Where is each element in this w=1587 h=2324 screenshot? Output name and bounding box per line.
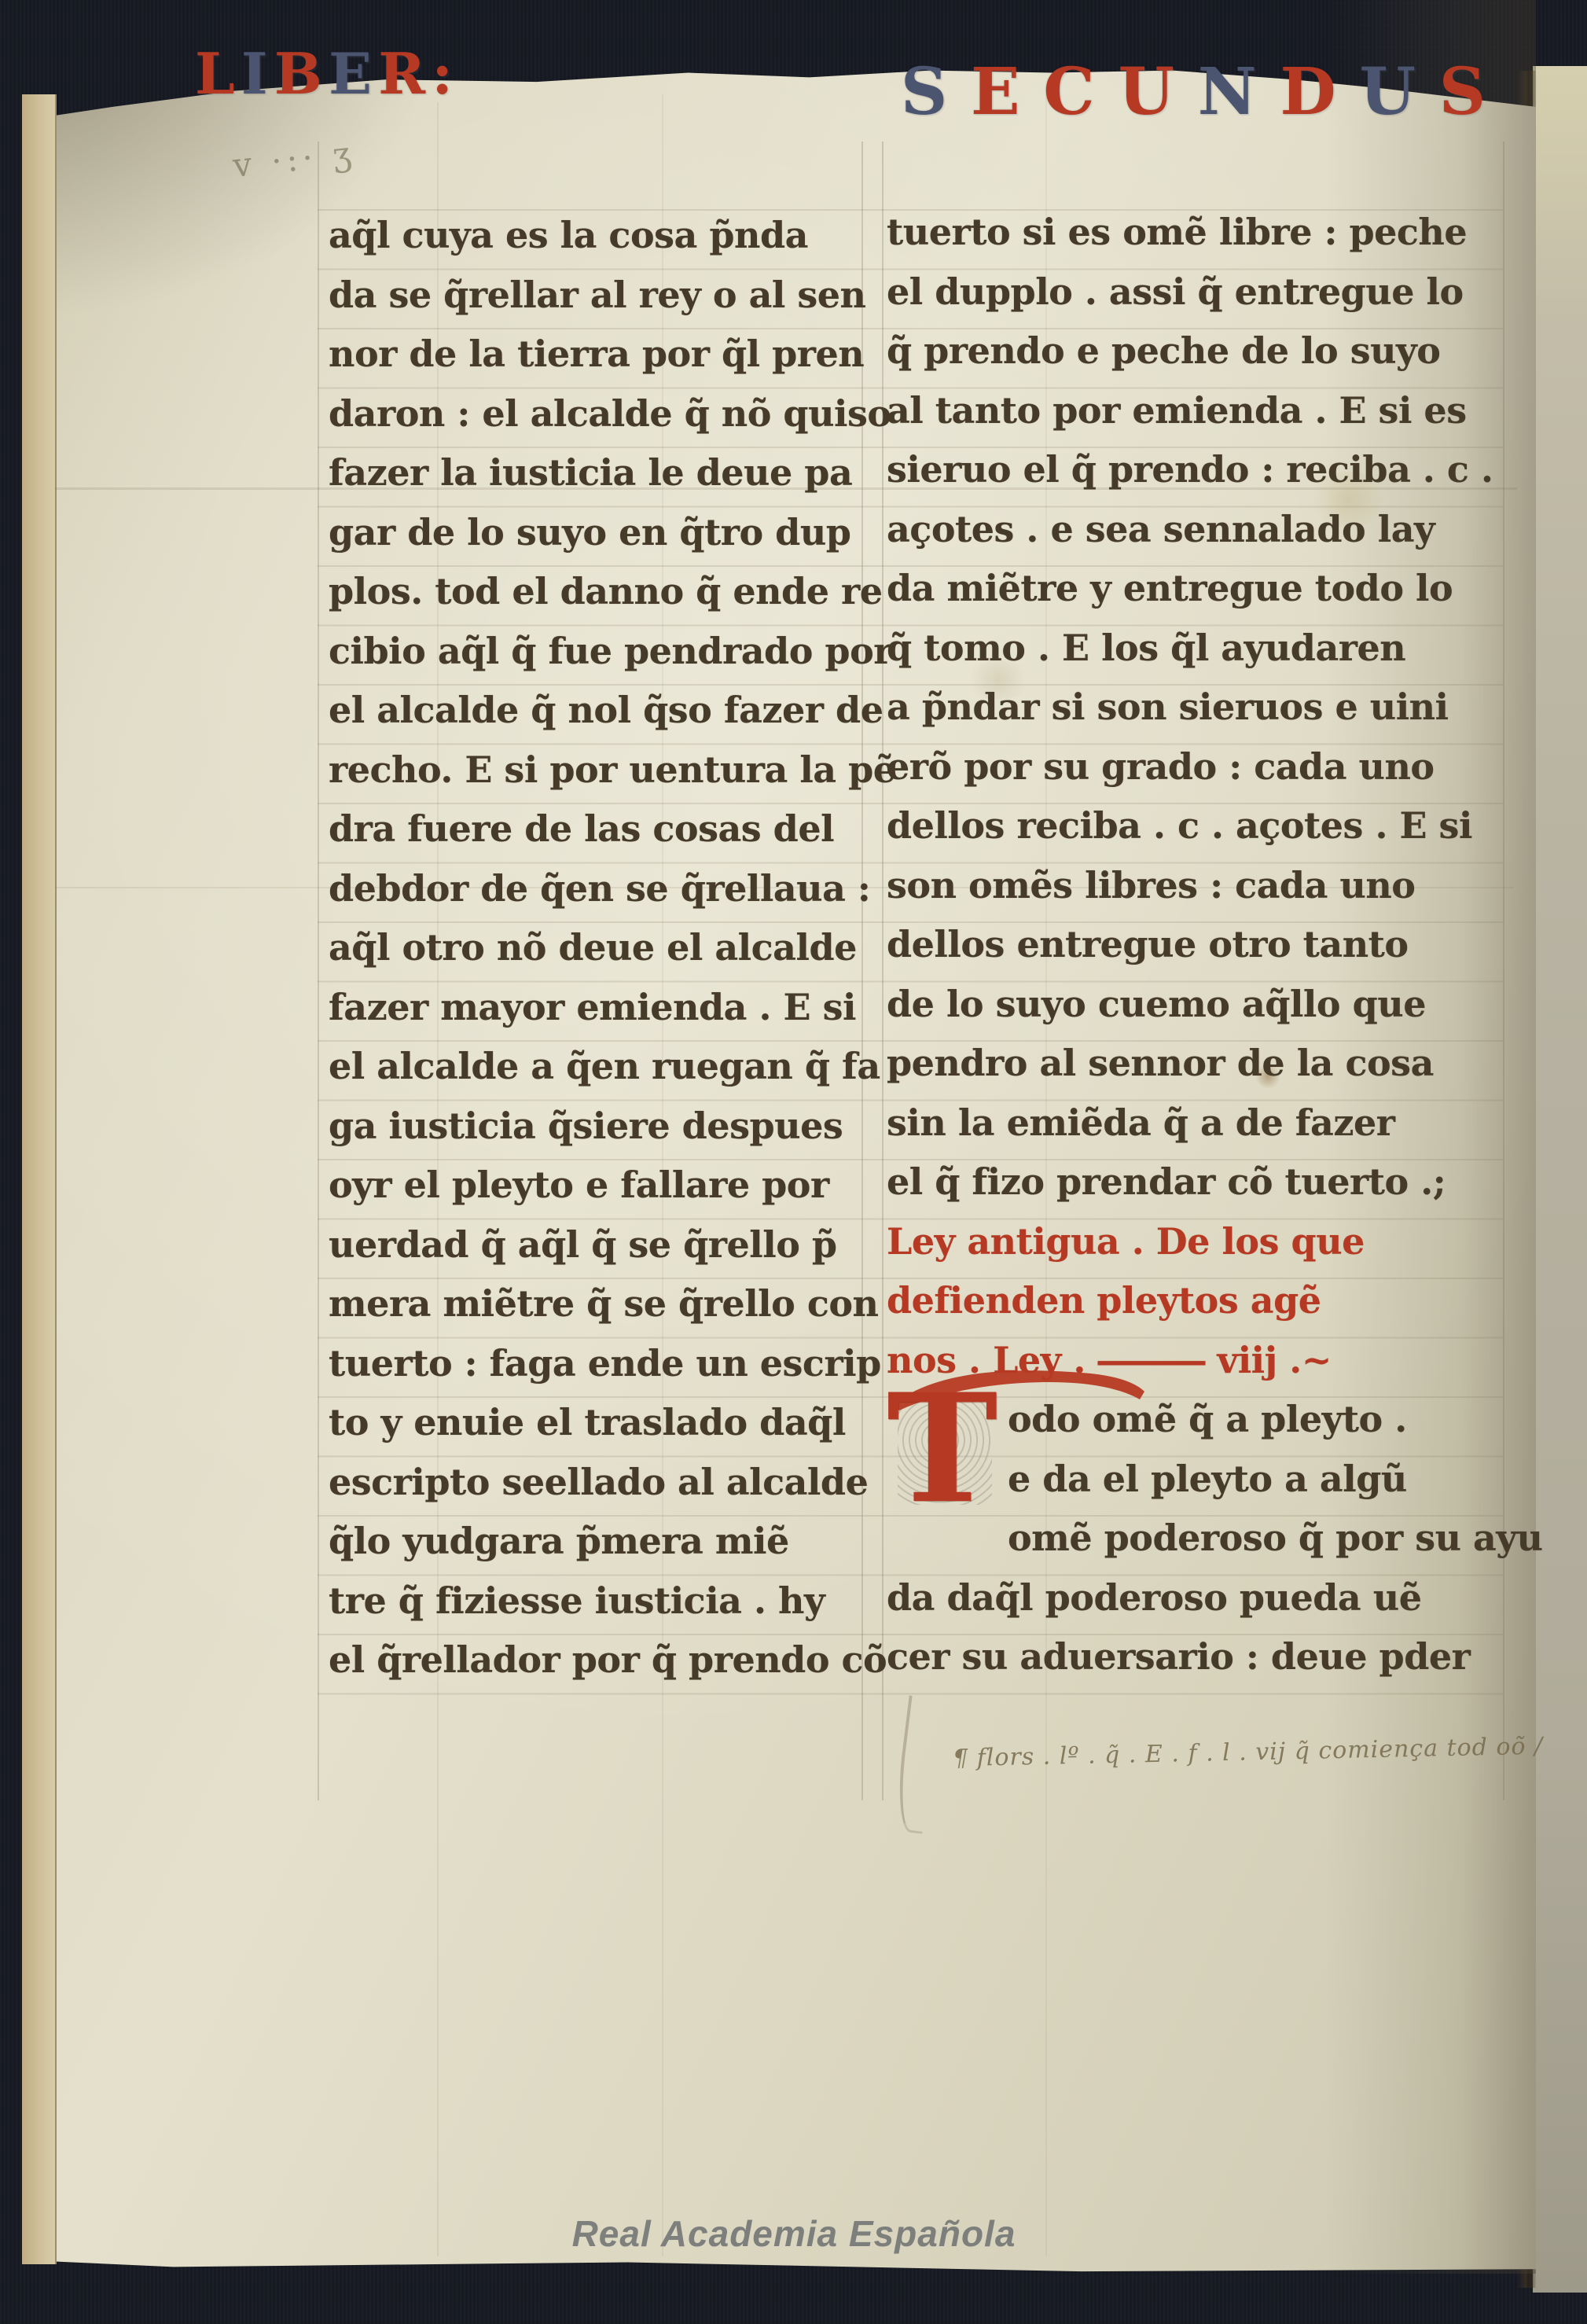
column-text: tuerto si es omẽ libre : pecheel dupplo … (887, 203, 1508, 1212)
manuscript-line: dellos entregue otro tanto (887, 915, 1508, 975)
manuscript-line: dra fuere de las cosas del (329, 800, 860, 859)
manuscript-line: pendro al sennor de la cosa (887, 1034, 1508, 1094)
manuscript-line: al tanto por emienda . E si es (887, 381, 1508, 441)
manuscript-line: plos. tod el danno q̃ ende re (329, 562, 860, 622)
manuscript-line: defienden pleytos agẽ (887, 1271, 1508, 1331)
manuscript-line: debdor de q̃en se q̃rellaua : (329, 859, 860, 919)
manuscript-line: de lo suyo cuemo aq̃llo que (887, 975, 1508, 1035)
library-watermark: Real Academia Española (401, 2212, 1187, 2255)
manuscript-line: fazer la iusticia le deue pa (329, 443, 860, 503)
manuscript-line: q̃lo yudgara p̃mera miẽ (329, 1512, 860, 1572)
manuscript-line: oyr el pleyto e fallare por (329, 1156, 860, 1215)
manuscript-line: tuerto si es omẽ libre : peche (887, 203, 1508, 263)
page-fore-edge (22, 94, 57, 2264)
manuscript-line: daron : el alcalde q̃ nõ quiso (329, 384, 860, 444)
manuscript-line: nor de la tierra por q̃l pren (329, 325, 860, 384)
manuscript-line: açotes . e sea sennalado lay (887, 500, 1508, 560)
header-letter: E (329, 46, 372, 102)
manuscript-line: da miẽtre y entregue todo lo (887, 559, 1508, 619)
manuscript-line: el alcalde a q̃en ruegan q̃ fa (329, 1037, 860, 1097)
manuscript-line: a p̃ndar si son sieruos e uini (887, 678, 1508, 737)
header-letter: N (1198, 60, 1257, 124)
header-letter: D (1280, 60, 1336, 124)
manuscript-line: ga iusticia q̃siere despues (329, 1097, 860, 1156)
manuscript-line: q̃ tomo . E los q̃l ayudaren (887, 619, 1508, 678)
ruling-border (861, 142, 863, 1800)
header-letter: L (195, 46, 235, 102)
manuscript-line: mera miẽtre q̃ se q̃rello con (329, 1274, 860, 1334)
manuscript-line: fazer mayor emienda . E si (329, 978, 860, 1038)
manuscript-line: da se q̃rellar al rey o al sen (329, 266, 860, 325)
text-column-left: aq̃l cuya es la cosa p̃ndada se q̃rellar… (329, 206, 860, 1690)
header-letter: : (432, 46, 453, 102)
header-letter: I (241, 46, 268, 102)
manuscript-line: to y enuie el traslado daq̃l (329, 1393, 860, 1453)
initial-letter: T (887, 1361, 997, 1536)
law-paragraph: T odo omẽ q̃ a pleyto .e da el pleyto a … (887, 1390, 1508, 1687)
manuscript-line: sieruo el q̃ prendo : reciba . c . (887, 440, 1508, 500)
manuscript-line: dellos reciba . c . açotes . E si (887, 796, 1508, 856)
manuscript-line: escripto seellado al alcalde (329, 1453, 860, 1513)
header-letter: U (1359, 60, 1416, 124)
decorated-initial: T (887, 1390, 1005, 1514)
manuscript-line: Ley antigua . De los que (887, 1212, 1508, 1272)
running-title-secundus: SECUNDUS (901, 60, 1486, 124)
running-title-liber: LIBER: (195, 46, 453, 102)
manuscript-line: el alcalde q̃ nol q̃so fazer de (329, 681, 860, 741)
manuscript-line: erõ por su grado : cada uno (887, 737, 1508, 797)
header-letter: U (1118, 60, 1174, 124)
header-letter: B (274, 46, 322, 102)
manuscript-line: gar de lo suyo en q̃tro dup (329, 503, 860, 563)
manuscript-line: cer su aduersario : deue pder (887, 1627, 1508, 1687)
header-letter: R (378, 46, 425, 102)
ruling-border (318, 142, 319, 1800)
manuscript-line: tuerto : faga ende un escrip (329, 1334, 860, 1394)
manuscript-line: sin la emiẽda q̃ a de fazer (887, 1094, 1508, 1153)
manuscript-line: son omẽs libres : cada uno (887, 856, 1508, 916)
ruling-border (882, 142, 884, 1800)
manuscript-line: el q̃rellador por q̃ prendo cõ (329, 1631, 860, 1690)
manuscript-line: el dupplo . assi q̃ entregue lo (887, 263, 1508, 322)
manuscript-line: recho. E si por uentura la pẽ (329, 741, 860, 800)
manuscript-line: tre q̃ fiziesse iusticia . hy (329, 1572, 860, 1631)
header-letter: E (971, 60, 1020, 124)
manuscript-line: q̃ prendo e peche de lo suyo (887, 322, 1508, 381)
manuscript-photo: LIBER: SECUNDUS v ·:· ʒ aq̃l cuya es la … (0, 0, 1587, 2324)
header-letter: C (1043, 60, 1094, 124)
header-letter: S (901, 60, 947, 124)
manuscript-line: el q̃ fizo prendar cõ tuerto .; (887, 1153, 1508, 1212)
manuscript-line: aq̃l cuya es la cosa p̃nda (329, 206, 860, 266)
manuscript-line: cibio aq̃l q̃ fue pendrado por (329, 622, 860, 682)
manuscript-line: uerdad q̃ aq̃l q̃ se q̃rello p̃ (329, 1215, 860, 1275)
header-letter: S (1439, 60, 1486, 124)
manuscript-line: aq̃l otro nõ deue el alcalde (329, 918, 860, 978)
manuscript-line: da daq̃l poderoso pueda uẽ (887, 1568, 1508, 1628)
adjacent-page-edge (1533, 66, 1587, 2293)
text-column-right: tuerto si es omẽ libre : pecheel dupplo … (887, 203, 1508, 1687)
